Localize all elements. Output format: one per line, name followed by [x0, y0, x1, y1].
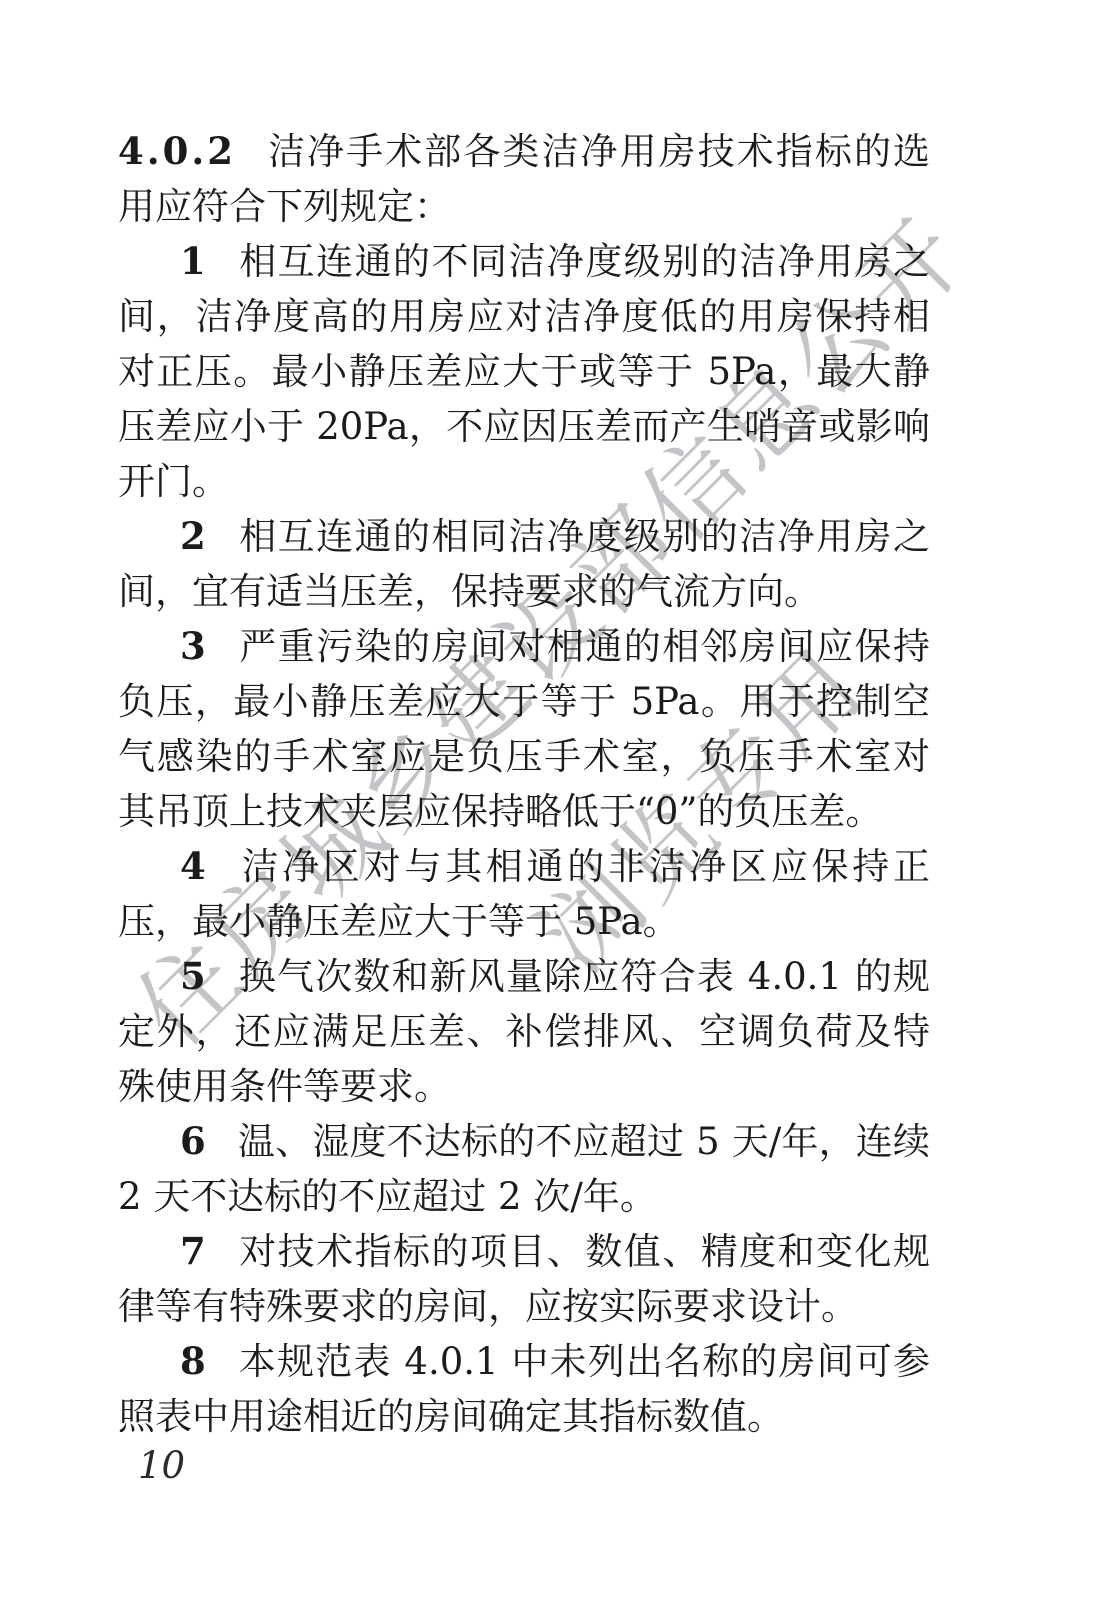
clause-text: 严重污染的房间对相通的相邻房间应保持负压，最小静压差应大于等于 5Pa。用于控制… [118, 625, 930, 833]
clause-text: 洁净区对与其相通的非洁净区应保持正压，最小静压差应大于等于 5Pa。 [118, 845, 930, 943]
clause-text: 换气次数和新风量除应符合表 4.0.1 的规定外，还应满足压差、补偿排风、空调负… [118, 955, 930, 1108]
clause-text: 对技术指标的项目、数值、精度和变化规律等有特殊要求的房间，应按实际要求设计。 [118, 1230, 930, 1328]
section-heading: 4.0.2洁净手术部各类洁净用房技术指标的选用应符合下列规定： [118, 124, 930, 234]
clause-text: 本规范表 4.0.1 中未列出名称的房间可参照表中用途相近的房间确定其指标数值。 [118, 1340, 930, 1438]
clause-number: 2 [180, 514, 206, 558]
clause-number: 7 [180, 1229, 206, 1273]
clause-text: 相互连通的不同洁净度级别的洁净用房之间，洁净度高的用房应对洁净度低的用房保持相对… [118, 240, 930, 503]
clause-number: 6 [180, 1119, 206, 1163]
clause-number: 8 [180, 1339, 206, 1383]
page-number: 10 [138, 1444, 185, 1487]
clause-number: 5 [180, 954, 206, 998]
clause-item: 6温、湿度不达标的不应超过 5 天/年，连续 2 天不达标的不应超过 2 次/年… [118, 1114, 930, 1224]
clause-item: 1相互连通的不同洁净度级别的洁净用房之间，洁净度高的用房应对洁净度低的用房保持相… [118, 234, 930, 509]
section-number: 4.0.2 [118, 129, 236, 173]
clause-number: 4 [180, 844, 206, 888]
clause-item: 2相互连通的相同洁净度级别的洁净用房之间，宜有适当压差，保持要求的气流方向。 [118, 509, 930, 619]
document-body: 4.0.2洁净手术部各类洁净用房技术指标的选用应符合下列规定： 1相互连通的不同… [118, 124, 930, 1444]
clause-item: 7对技术指标的项目、数值、精度和变化规律等有特殊要求的房间，应按实际要求设计。 [118, 1224, 930, 1334]
clause-item: 5换气次数和新风量除应符合表 4.0.1 的规定外，还应满足压差、补偿排风、空调… [118, 949, 930, 1114]
clause-text: 相互连通的相同洁净度级别的洁净用房之间，宜有适当压差，保持要求的气流方向。 [118, 515, 930, 613]
clause-number: 1 [180, 239, 206, 283]
document-page: 住房城乡建设部信息公开 浏览专用 4.0.2洁净手术部各类洁净用房技术指标的选用… [0, 0, 1103, 1598]
clause-text: 温、湿度不达标的不应超过 5 天/年，连续 2 天不达标的不应超过 2 次/年。 [118, 1120, 930, 1218]
clause-item: 3严重污染的房间对相通的相邻房间应保持负压，最小静压差应大于等于 5Pa。用于控… [118, 619, 930, 839]
clause-item: 4洁净区对与其相通的非洁净区应保持正压，最小静压差应大于等于 5Pa。 [118, 839, 930, 949]
clause-number: 3 [180, 624, 206, 668]
section-heading-text: 洁净手术部各类洁净用房技术指标的选用应符合下列规定： [118, 130, 930, 228]
clause-item: 8本规范表 4.0.1 中未列出名称的房间可参照表中用途相近的房间确定其指标数值… [118, 1334, 930, 1444]
